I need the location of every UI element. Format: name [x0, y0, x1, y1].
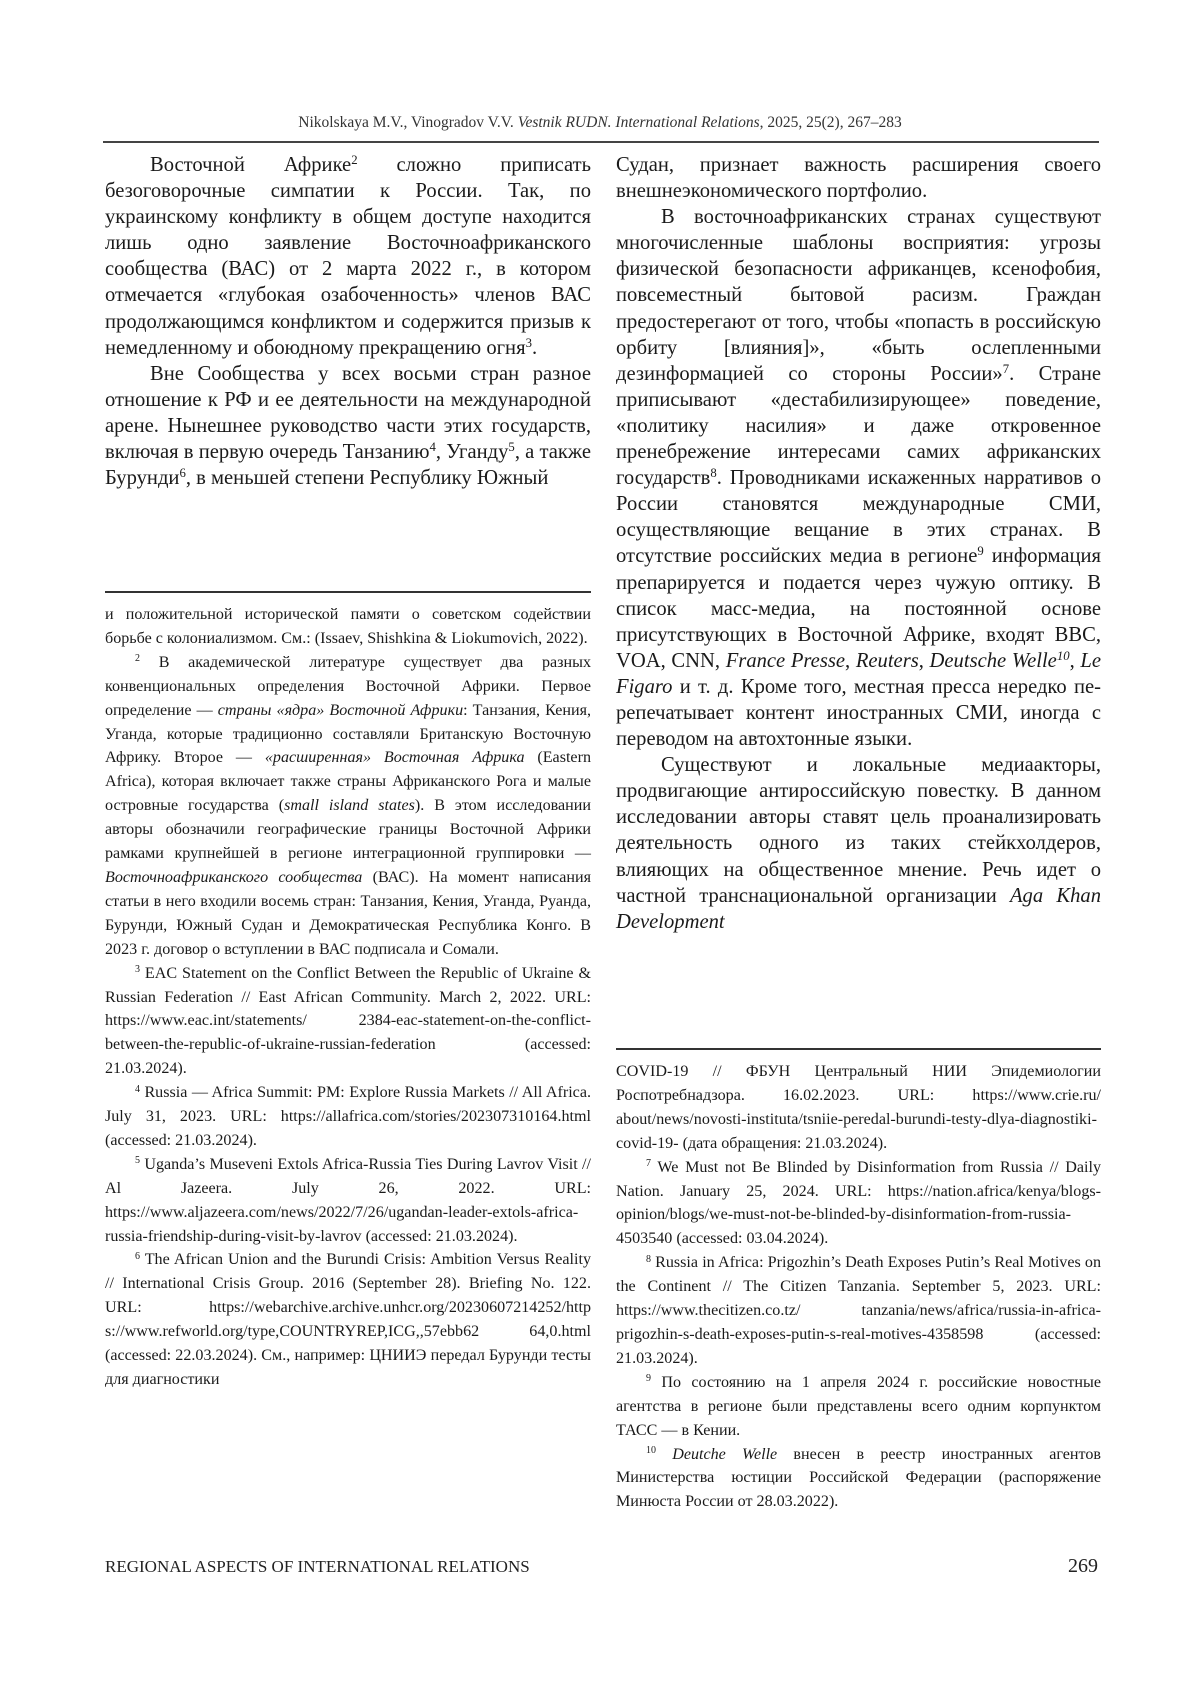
footer-section-title: REGIONAL ASPECTS OF INTERNATIONAL RELATI…: [105, 1557, 530, 1577]
footnote-ref[interactable]: 8: [710, 466, 716, 480]
header-authors: Nikolskaya M.V., Vinogradov V.V.: [298, 114, 514, 131]
footnote-ref[interactable]: 9: [977, 544, 983, 558]
footnote-4: 4 Russia — Africa Summit: PM: Explore Ru…: [105, 1081, 591, 1153]
left-footnotes: и положительной исторической памяти о со…: [105, 603, 591, 1392]
paragraph: В восточноафриканских странах суще­ствую…: [616, 204, 1101, 752]
header-rule: [103, 141, 1099, 143]
footnote-continuation: COVID-19 // ФБУН Центральный НИИ Эпидеми…: [616, 1060, 1101, 1156]
footnote-continuation: и положительной исторической памяти о со…: [105, 603, 591, 651]
header-journal: Vestnik RUDN. International Relations: [518, 114, 760, 131]
footnote-6: 6 The African Union and the Burundi Cris…: [105, 1248, 591, 1391]
footnote-ref[interactable]: 10: [1057, 649, 1070, 663]
footnote-8: 8 Russia in Africa: Prigozhin’s Death Ex…: [616, 1251, 1101, 1371]
footnote-ref[interactable]: 6: [179, 466, 185, 480]
paragraph: Существуют и локальные медиаакторы, прод…: [616, 752, 1101, 935]
paragraph: Вне Сообщества у всех восьми стран разно…: [105, 361, 591, 491]
footnote-7: 7 We Must not Be Blinded by Disinformati…: [616, 1156, 1101, 1252]
page-number: 269: [1068, 1555, 1098, 1578]
right-footnotes: COVID-19 // ФБУН Центральный НИИ Эпидеми…: [616, 1060, 1101, 1514]
footnote-ref[interactable]: 3: [526, 336, 532, 350]
footnote-5: 5 Uganda’s Museveni Extols Africa-Russia…: [105, 1153, 591, 1249]
footnote-separator: [105, 591, 591, 593]
footnote-ref[interactable]: 2: [351, 153, 357, 167]
footnote-9: 9 По состоянию на 1 апреля 2024 г. росси…: [616, 1371, 1101, 1443]
footnote-3: 3 EAC Statement on the Conflict Between …: [105, 962, 591, 1082]
footnote-2: 2 В академической литературе существует …: [105, 651, 591, 962]
footnote-10: 10 Deutche Welle внесен в реестр иностра…: [616, 1443, 1101, 1515]
footnote-ref[interactable]: 5: [508, 440, 514, 454]
footnote-ref[interactable]: 4: [430, 440, 436, 454]
footnote-ref[interactable]: 7: [1003, 362, 1009, 376]
right-body-text: Судан, признает важность расширения свое…: [616, 152, 1101, 935]
running-header: Nikolskaya M.V., Vinogradov V.V. Vestnik…: [0, 114, 1200, 132]
paragraph: Судан, признает важность расширения свое…: [616, 152, 1101, 204]
footnote-separator: [616, 1048, 1101, 1050]
paragraph: Восточной Африке2 сложно приписать безог…: [105, 152, 591, 361]
left-body-text: Восточной Африке2 сложно приписать безог…: [105, 152, 591, 491]
header-citation: , 2025, 25(2), 267–283: [760, 114, 902, 131]
